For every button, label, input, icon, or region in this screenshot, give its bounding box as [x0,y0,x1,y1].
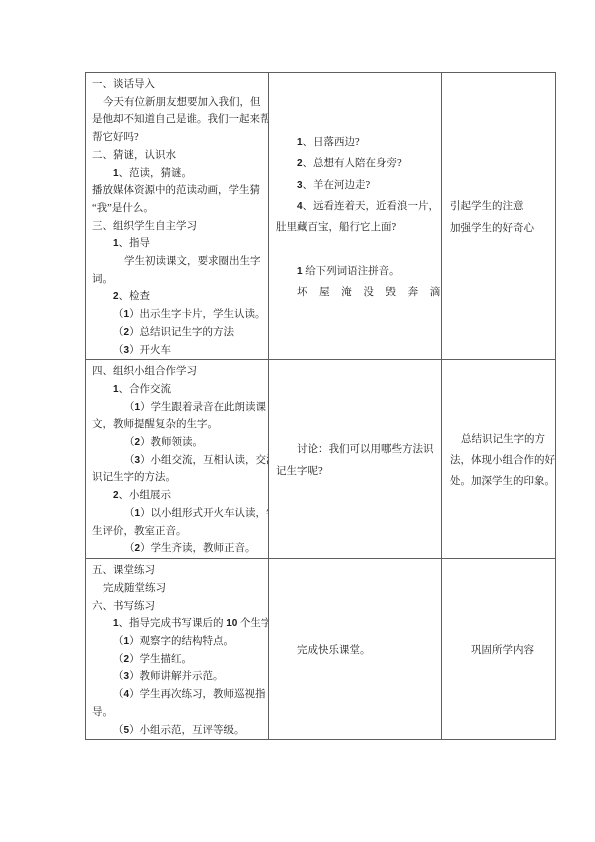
text-line: 二、猜谜，认识水 [92,147,266,165]
text-line: 今天有位新朋友想要加入我们，但 [92,94,266,112]
document-page: 一、谈话导入今天有位新朋友想要加入我们，但是他却不知道自己是谁。我们一起来帮帮它… [0,0,595,842]
text-line: 生评价，教室正音。 [92,523,266,541]
numeral: 2 [113,291,119,302]
lesson-plan-table: 一、谈话导入今天有位新朋友想要加入我们，但是他却不知道自己是谁。我们一起来帮帮它… [85,72,556,740]
text-line: 识记生字的方法。 [92,469,266,487]
numeral: 1 [113,618,119,629]
table-row: 四、组织小组合作学习1、合作交流（1）学生跟着录音在此朗读课文，教师提醒复杂的生… [86,360,556,559]
cell-teaching-process-1: 一、谈话导入今天有位新朋友想要加入我们，但是他却不知道自己是谁。我们一起来帮帮它… [86,73,269,360]
text-line: （1）学生跟着录音在此朗读课 [92,399,266,417]
numeral: 1 [124,636,130,647]
numeral: 3 [124,671,130,682]
text-line: （4）学生再次练习，教师巡视指 [92,686,266,704]
numeral: 4 [297,201,303,212]
numeral: 1 [113,168,119,179]
table-row: 一、谈话导入今天有位新朋友想要加入我们，但是他却不知道自己是谁。我们一起来帮帮它… [86,73,556,360]
numeral: 1 [135,402,141,413]
text-line: 完成快乐课堂。 [276,640,439,661]
text-line: 2、小组展示 [92,487,266,505]
numeral: 2 [297,158,303,169]
text-line: （5）小组示范，互评等级。 [92,722,266,740]
text-line: 1、范读，猜谜。 [92,165,266,183]
text-line: 1、指导完成书写课后的 10 个生字 [92,615,266,633]
text-line: 2、检查 [92,288,266,306]
text-line: 学生初读课文，要求圈出生字 [92,253,266,271]
cell-questions-exercises-2: 讨论：我们可以用哪些方法识记生字呢? [269,360,442,559]
cell-design-intent-2: 总结识记生字的方法，体现小组合作的好处。加深学生的印象。 [442,360,556,559]
cell-questions-exercises-3: 完成快乐课堂。 [269,559,442,740]
text-line: 引起学生的注意 [450,196,553,217]
text-line: 总结识记生字的方 [450,429,553,450]
text-line: 1、合作交流 [92,381,266,399]
text-line: “我”是什么。 [92,200,266,218]
cell-questions-exercises-1: 1、日落西边?2、总想有人陪在身旁?3、羊在河边走?4、远看连着天，近看浪一片，… [269,73,442,360]
numeral: 1 [297,266,303,277]
text-line: （1）观察字的结构特点。 [92,633,266,651]
text-line: 文，教师提醒复杂的生字。 [92,416,266,434]
numeral: 1 [135,508,141,519]
text-line: 坏 屋 淹 没 毁 奔 滴 [276,282,439,303]
numeral: 2 [124,654,130,665]
text-line: 一、谈话导入 [92,76,266,94]
numeral: 2 [124,327,130,338]
text-line: 1、指导 [92,235,266,253]
numeral: 2 [113,490,119,501]
numeral: 3 [297,180,303,191]
numeral: 10 [226,618,237,629]
text-line: 完成随堂练习 [92,580,266,598]
text-line: （2）学生齐读，教师正音。 [92,540,266,558]
numeral: 2 [135,437,141,448]
text-line: 播放媒体资源中的范读动画，学生猜 [92,182,266,200]
text-line: 法，体现小组合作的好 [450,450,553,471]
text-line: （2）教师领读。 [92,434,266,452]
text-line: （3）小组交流，互相认读，交流 [92,452,266,470]
text-line: 巩固所学内容 [450,640,553,661]
text-line: 词。 [92,271,266,289]
numeral: 1 [113,384,119,395]
text-line: 3、羊在河边走? [276,175,439,196]
text-line: 四、组织小组合作学习 [92,363,266,381]
numeral: 4 [124,689,130,700]
text-line: （1）出示生字卡片，学生认读。 [92,306,266,324]
numeral: 3 [124,345,130,356]
text-line: 加强学生的好奇心 [450,218,553,239]
text-line: （2）学生描红。 [92,651,266,669]
text-line: 记生字呢? [276,461,439,482]
numeral: 1 [113,238,119,249]
text-line: 4、远看连着天，近看浪一片， [276,196,439,217]
cell-design-intent-3: 巩固所学内容 [442,559,556,740]
numeral: 5 [124,725,130,736]
text-line: （3）教师讲解并示范。 [92,668,266,686]
text-line: 2、总想有人陪在身旁? [276,153,439,174]
numeral: 1 [297,137,303,148]
numeral: 1 [124,309,130,320]
cell-design-intent-1: 引起学生的注意加强学生的好奇心 [442,73,556,360]
numeral: 3 [135,455,141,466]
cell-teaching-process-2: 四、组织小组合作学习1、合作交流（1）学生跟着录音在此朗读课文，教师提醒复杂的生… [86,360,269,559]
numeral: 2 [135,543,141,554]
text-line: 肚里藏百宝，船行它上面? [276,217,439,238]
cell-teaching-process-3: 五、课堂练习完成随堂练习六、书写练习1、指导完成书写课后的 10 个生字（1）观… [86,559,269,740]
text-line: 导。 [92,704,266,722]
text-line: 六、书写练习 [92,598,266,616]
text-line: 1、日落西边? [276,132,439,153]
text-line: 是他却不知道自己是谁。我们一起来帮 [92,111,266,129]
table-row: 五、课堂练习完成随堂练习六、书写练习1、指导完成书写课后的 10 个生字（1）观… [86,559,556,740]
text-line: （3）开火车 [92,342,266,360]
text-line: 1 给下列词语注拼音。 [276,261,439,282]
text-line: 帮它好吗? [92,129,266,147]
text-line: 处。加深学生的印象。 [450,471,553,492]
text-line: （1）以小组形式开火车认读，学 [92,505,266,523]
text-line: （2）总结识记生字的方法 [92,324,266,342]
text-line: 五、课堂练习 [92,562,266,580]
text-line: 讨论：我们可以用哪些方法识 [276,439,439,460]
text-line: 三、组织学生自主学习 [92,218,266,236]
